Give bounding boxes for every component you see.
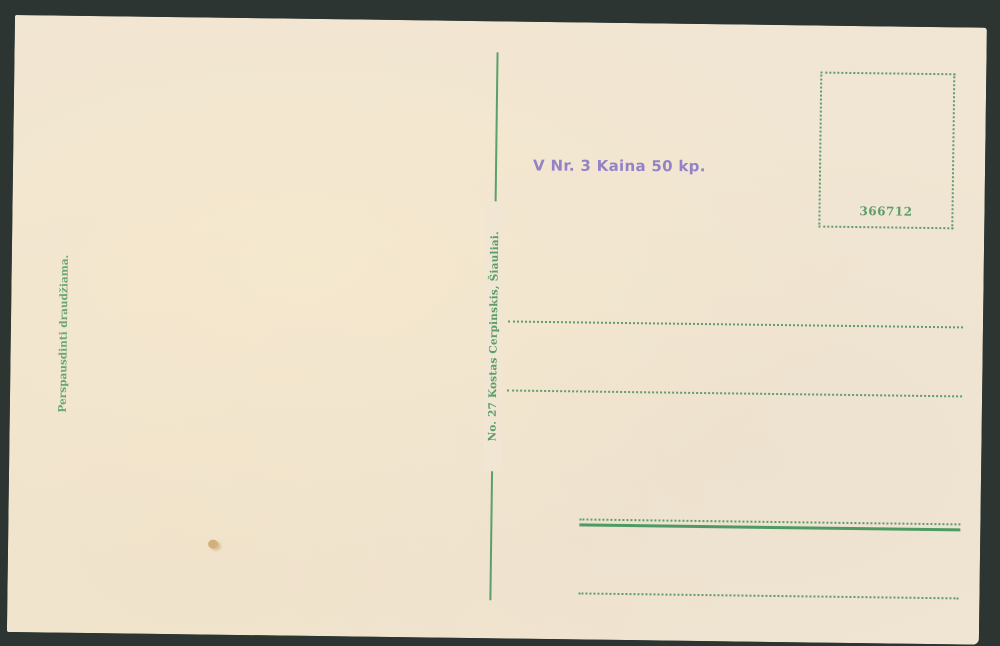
postage-stamp-box: 366712 (818, 72, 955, 230)
address-line-1 (508, 320, 963, 328)
stamp-box-number: 366712 (820, 204, 951, 220)
postcard-back: Perspausdinti draudžiama. No. 27 Kostas … (7, 15, 987, 645)
address-line-2 (507, 389, 962, 397)
paper-stain (208, 540, 218, 549)
address-line-4 (578, 592, 958, 599)
price-stamp: V Nr. 3 Kaina 50 kp. (533, 157, 706, 176)
reprint-prohibited-notice: Perspausdinti draudžiama. (57, 255, 71, 413)
